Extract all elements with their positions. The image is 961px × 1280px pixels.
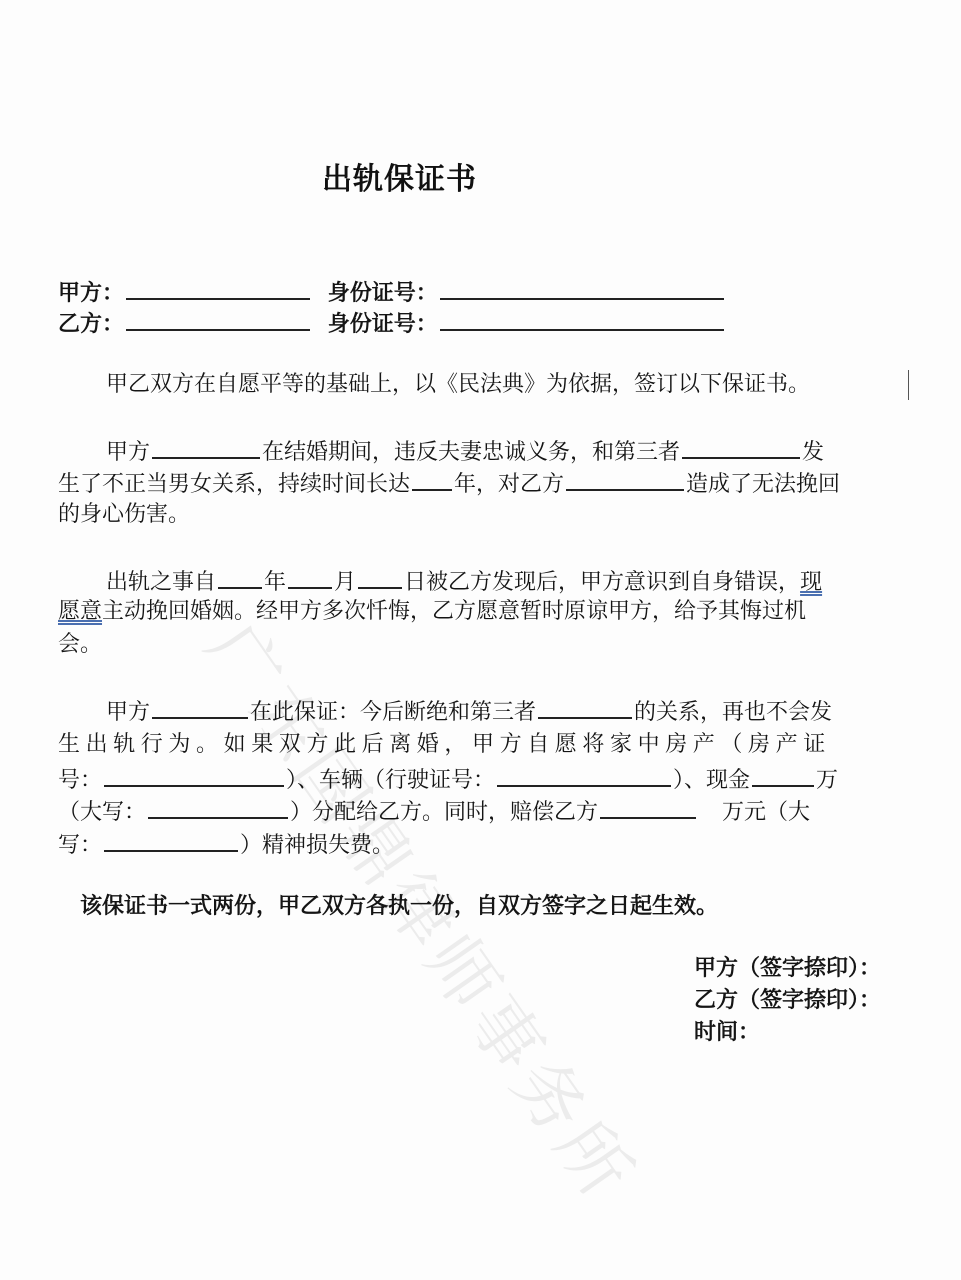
para1-text: 生了不正当男女关系，持续时间长达 (58, 472, 410, 497)
para3-line1: 甲方在此保证：今后断绝和第三者的关系，再也不会发 (106, 695, 832, 728)
para3-line5: 写：）精神损失费。 (58, 828, 394, 861)
para2-line3: 会。 (58, 630, 102, 660)
para1-text: 在结婚期间，违反夫妻忠诚义务，和第三者 (262, 440, 680, 465)
intro-paragraph: 甲乙双方在自愿平等的基础上，以《民法典》为依据，签订以下保证书。 (106, 370, 810, 400)
compensation-amount-blank[interactable] (600, 795, 696, 819)
party-a-row: 甲方： 身份证号： (58, 276, 726, 309)
para3-text: 号： (58, 768, 102, 793)
para2-text: 日被乙方发现后，甲方意识到自身错误， (404, 570, 800, 595)
party-a-guarantee-blank[interactable] (152, 695, 248, 719)
compensation-capital-blank[interactable] (104, 828, 238, 852)
para2-text: 主动挽回婚姻。经甲方多次忏悔，乙方愿意暂时原谅甲方，给予其悔过机 (102, 599, 806, 624)
para3-text: 写： (58, 833, 102, 858)
party-b-name-field[interactable] (126, 307, 310, 331)
para1-line3: 的身心伤害。 (58, 500, 190, 530)
party-a-blank[interactable] (152, 435, 260, 459)
para3-text: ）精神损失费。 (240, 833, 394, 858)
para3-text: 万 (816, 768, 838, 793)
para2-text: 年 (264, 570, 286, 595)
para1-line2: 生了不正当男女关系，持续时间长达年，对乙方造成了无法挽回 (58, 467, 840, 500)
party-a-id-label: 身份证号： (328, 281, 438, 306)
para1-text: 造成了无法挽回 (686, 472, 840, 497)
para2-line1: 出轨之事自年月日被乙方发现后，甲方意识到自身错误，现 (106, 565, 822, 598)
para3-text: ）、车辆（行驶证号： (286, 768, 495, 793)
party-a-name-field[interactable] (126, 276, 310, 300)
duration-years-blank[interactable] (412, 467, 452, 491)
party-b-row: 乙方： 身份证号： (58, 307, 726, 340)
vehicle-license-blank[interactable] (497, 763, 671, 787)
cash-amount-blank[interactable] (752, 763, 814, 787)
party-b-id-label: 身份证号： (328, 312, 438, 337)
party-b-id-field[interactable] (440, 307, 724, 331)
party-b-blank[interactable] (566, 467, 684, 491)
closing-paragraph: 该保证书一式两份，甲乙双方各执一份，自双方签字之日起生效。 (80, 892, 718, 922)
para2-line2: 愿意主动挽回婚姻。经甲方多次忏悔，乙方愿意暂时原谅甲方，给予其悔过机 (58, 597, 806, 627)
property-cert-blank[interactable] (104, 763, 284, 787)
para3-text: ）分配给乙方。同时，赔偿乙方 (290, 800, 598, 825)
para3-text: 甲方 (106, 700, 150, 725)
year-blank[interactable] (218, 565, 262, 589)
para2-text: 愿意 (58, 599, 102, 624)
third-party-blank[interactable] (682, 435, 800, 459)
para1-line1: 甲方在结婚期间，违反夫妻忠诚义务，和第三者发 (106, 435, 824, 468)
text-cursor (908, 370, 909, 400)
party-a-id-field[interactable] (440, 276, 724, 300)
para3-line3: 号：）、车辆（行驶证号：）、现金万 (58, 763, 838, 796)
para2-text: 出轨之事自 (106, 570, 216, 595)
para3-text: 的关系，再也不会发 (634, 700, 832, 725)
party-b-signature[interactable]: 乙方（签字捺印）： (694, 984, 881, 1018)
para3-text: 在此保证：今后断绝和第三者 (250, 700, 536, 725)
para2-text: 现 (800, 570, 822, 595)
para2-text: 月 (334, 570, 356, 595)
document-page: 广东国鼎律师事务所 出轨保证书 甲方： 身份证号： 乙方： 身份证号： 甲乙双方… (0, 0, 961, 1280)
para3-line2: 生出轨行为。如果双方此后离婚，甲方自愿将家中房产（房产证 (58, 730, 831, 760)
para3-text: ）、现金 (673, 768, 750, 793)
document-title: 出轨保证书 (322, 154, 477, 198)
date-field[interactable]: 时间： (694, 1016, 760, 1050)
para1-text: 发 (802, 440, 824, 465)
party-a-label: 甲方： (58, 281, 124, 306)
para3-text: （大写： (58, 800, 146, 825)
para3-text: 万元（大 (722, 800, 810, 825)
party-a-signature[interactable]: 甲方（签字捺印）： (694, 952, 881, 986)
para3-line4: （大写：）分配给乙方。同时，赔偿乙方万元（大 (58, 795, 810, 828)
party-b-label: 乙方： (58, 312, 124, 337)
month-blank[interactable] (288, 565, 332, 589)
day-blank[interactable] (358, 565, 402, 589)
cash-capital-blank[interactable] (148, 795, 288, 819)
para1-text: 年，对乙方 (454, 472, 564, 497)
para1-text: 甲方 (106, 440, 150, 465)
third-party-guarantee-blank[interactable] (538, 695, 632, 719)
